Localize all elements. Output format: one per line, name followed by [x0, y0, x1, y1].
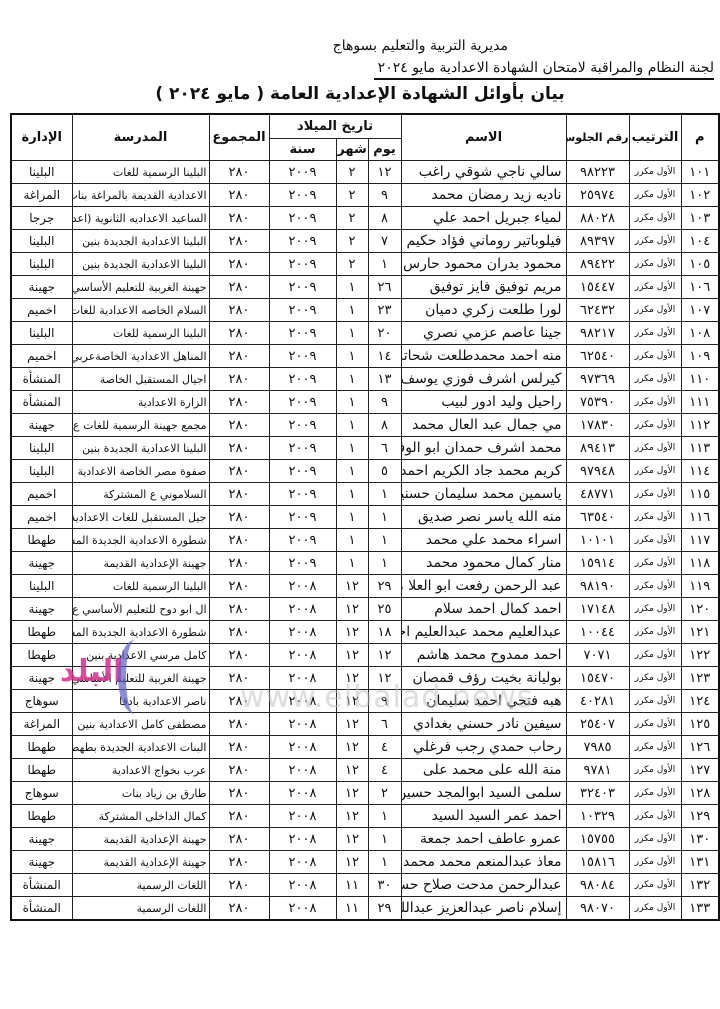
row-index: ١١٩ — [681, 575, 719, 598]
committee-subtitle: لجنة النظام والمراقبة لامتحان الشهادة ال… — [374, 60, 714, 80]
row-birth-month: ١٢ — [336, 667, 368, 690]
row-seat-number: ٣٢٤٠٣ — [566, 782, 629, 805]
row-birth-month: ١ — [336, 483, 368, 506]
row-birth-day: ١ — [368, 828, 401, 851]
row-birth-year: ٢٠٠٨ — [269, 851, 336, 874]
row-birth-day: ٣٠ — [368, 874, 401, 897]
row-total-score: ٢٨٠ — [209, 161, 269, 184]
row-birth-year: ٢٠٠٩ — [269, 161, 336, 184]
row-administration: المنشأة — [11, 391, 72, 414]
row-total-score: ٢٨٠ — [209, 736, 269, 759]
row-index: ١٣٣ — [681, 897, 719, 921]
col-rank-header: الترتيب — [629, 114, 681, 161]
row-birth-month: ١٢ — [336, 759, 368, 782]
row-school: جهينة الإعدادية القديمة — [72, 828, 209, 851]
row-index: ١١٠ — [681, 368, 719, 391]
row-school: كامل مرسي الاعدادية بنين — [72, 644, 209, 667]
row-total-score: ٢٨٠ — [209, 759, 269, 782]
row-school: كمال الداخلى المشتركة — [72, 805, 209, 828]
row-birth-year: ٢٠٠٨ — [269, 598, 336, 621]
row-administration: البلينا — [11, 322, 72, 345]
table-row: ١٢٠الأول مكرر١٧١٤٨احمد كمال احمد سلام٢٥١… — [11, 598, 719, 621]
row-birth-day: ١ — [368, 851, 401, 874]
row-rank: الأول مكرر — [629, 598, 681, 621]
row-seat-number: ١٥٤٧٠ — [566, 667, 629, 690]
row-student-name: فيلوباتير روماني فؤاد حكيم — [401, 230, 566, 253]
row-total-score: ٢٨٠ — [209, 230, 269, 253]
row-birth-day: ٩ — [368, 690, 401, 713]
row-administration: سوهاج — [11, 782, 72, 805]
row-total-score: ٢٨٠ — [209, 667, 269, 690]
row-school: الزارة الاعدادية — [72, 391, 209, 414]
row-school: اللغات الرسمية — [72, 874, 209, 897]
table-row: ١١١الأول مكرر٧٥٣٩٠راحيل وليد ادور لبيب٩١… — [11, 391, 719, 414]
row-total-score: ٢٨٠ — [209, 828, 269, 851]
row-birth-month: ١٢ — [336, 805, 368, 828]
row-school: جهينة الإعدادية القديمة — [72, 851, 209, 874]
row-student-name: محمود بدران محمود حارس — [401, 253, 566, 276]
row-index: ١٠٨ — [681, 322, 719, 345]
row-birth-year: ٢٠٠٩ — [269, 253, 336, 276]
row-rank: الأول مكرر — [629, 736, 681, 759]
table-row: ١٠١الأول مكرر٩٨٢٢٣سالي ناجي شوقي راغب١٢٢… — [11, 161, 719, 184]
row-birth-day: ٤ — [368, 759, 401, 782]
row-student-name: احمد عمر السيد السيد — [401, 805, 566, 828]
table-row: ١١٥الأول مكرر٤٨٧٧١ياسمين محمد سليمان حسن… — [11, 483, 719, 506]
table-row: ١٢٦الأول مكرر٧٩٨٥رحاب حمدي رجب فرغلي٤١٢٢… — [11, 736, 719, 759]
row-school: ال ابو دوح للتعليم الأساسي ع — [72, 598, 209, 621]
row-rank: الأول مكرر — [629, 414, 681, 437]
row-school: جهينة الغربية للتعليم الأساسي ع — [72, 667, 209, 690]
row-rank: الأول مكرر — [629, 253, 681, 276]
row-seat-number: ٩٨٠٨٤ — [566, 874, 629, 897]
row-seat-number: ١٥٨١٦ — [566, 851, 629, 874]
row-birth-month: ١٢ — [336, 713, 368, 736]
row-index: ١٢٧ — [681, 759, 719, 782]
row-total-score: ٢٨٠ — [209, 299, 269, 322]
row-school: السلاموني ع المشتركة — [72, 483, 209, 506]
row-school: البلينا الاعدادية الجديدة بنين — [72, 437, 209, 460]
row-birth-year: ٢٠٠٩ — [269, 368, 336, 391]
row-birth-month: ١ — [336, 276, 368, 299]
row-student-name: لورا طلعت زكري دميان — [401, 299, 566, 322]
row-index: ١٢٩ — [681, 805, 719, 828]
row-rank: الأول مكرر — [629, 552, 681, 575]
row-birth-day: ٢٦ — [368, 276, 401, 299]
row-birth-month: ١ — [336, 391, 368, 414]
row-administration: البلينا — [11, 253, 72, 276]
row-administration: سوهاج — [11, 690, 72, 713]
row-seat-number: ٨٩٤١٣ — [566, 437, 629, 460]
row-seat-number: ٩٨٠٧٠ — [566, 897, 629, 921]
row-student-name: عمرو عاطف احمد جمعة — [401, 828, 566, 851]
row-school: شطورة الاعدادية الجديدة المشتركة — [72, 621, 209, 644]
row-school: اجيال المستقبل الخاصة — [72, 368, 209, 391]
row-student-name: محمد اشرف حمدان ابو الوفا — [401, 437, 566, 460]
row-birth-year: ٢٠٠٩ — [269, 230, 336, 253]
row-total-score: ٢٨٠ — [209, 184, 269, 207]
row-rank: الأول مكرر — [629, 529, 681, 552]
row-school: المناهل الاعدادية الخاصةعربي — [72, 345, 209, 368]
row-birth-month: ١٢ — [336, 782, 368, 805]
row-student-name: اسراء محمد علي محمد — [401, 529, 566, 552]
row-birth-year: ٢٠٠٨ — [269, 575, 336, 598]
table-row: ١١٩الأول مكرر٩٨١٩٠عبد الرحمن رفعت ابو ال… — [11, 575, 719, 598]
row-birth-day: ١ — [368, 529, 401, 552]
row-birth-month: ١١ — [336, 897, 368, 921]
table-row: ١٠٩الأول مكرر٦٢٥٤٠منه احمد محمدطلعت شحات… — [11, 345, 719, 368]
row-birth-month: ١ — [336, 506, 368, 529]
row-school: الساعيد الاعداديه الثانوية (اعدادي) — [72, 207, 209, 230]
row-seat-number: ٦٣٥٤٠ — [566, 506, 629, 529]
row-total-score: ٢٨٠ — [209, 253, 269, 276]
row-total-score: ٢٨٠ — [209, 345, 269, 368]
table-row: ١٢٨الأول مكرر٣٢٤٠٣سلمى السيد ابوالمجد حس… — [11, 782, 719, 805]
row-birth-day: ٧ — [368, 230, 401, 253]
row-birth-month: ١ — [336, 414, 368, 437]
row-administration: جهينة — [11, 667, 72, 690]
row-total-score: ٢٨٠ — [209, 207, 269, 230]
row-student-name: هبه فتحي احمد سليمان — [401, 690, 566, 713]
row-rank: الأول مكرر — [629, 805, 681, 828]
row-index: ١٢٤ — [681, 690, 719, 713]
row-birth-month: ١ — [336, 529, 368, 552]
row-rank: الأول مكرر — [629, 276, 681, 299]
row-birth-month: ١٢ — [336, 621, 368, 644]
row-administration: البلينا — [11, 230, 72, 253]
row-administration: جهينة — [11, 414, 72, 437]
row-birth-year: ٢٠٠٨ — [269, 621, 336, 644]
row-birth-year: ٢٠٠٨ — [269, 897, 336, 921]
page-title: بيان بأوائل الشهادة الإعدادية العامة ( م… — [0, 84, 720, 104]
row-total-score: ٢٨٠ — [209, 621, 269, 644]
row-index: ١٠٥ — [681, 253, 719, 276]
row-seat-number: ٧٠٧١ — [566, 644, 629, 667]
row-administration: اخميم — [11, 345, 72, 368]
row-birth-day: ٦ — [368, 437, 401, 460]
col-month-header: شهر — [336, 139, 368, 161]
row-total-score: ٢٨٠ — [209, 644, 269, 667]
top-students-table: م الترتيب رقم الجلوس الاسم تاريخ الميلاد… — [10, 113, 720, 921]
row-rank: الأول مكرر — [629, 184, 681, 207]
row-student-name: منار كمال محمود محمد — [401, 552, 566, 575]
row-school: مجمع جهينة الرسمية للغات ع — [72, 414, 209, 437]
row-total-score: ٢٨٠ — [209, 483, 269, 506]
row-rank: الأول مكرر — [629, 690, 681, 713]
row-birth-day: ٤ — [368, 736, 401, 759]
row-birth-year: ٢٠٠٩ — [269, 414, 336, 437]
row-birth-day: ١٢ — [368, 644, 401, 667]
row-total-score: ٢٨٠ — [209, 874, 269, 897]
table-row: ١٠٣الأول مكرر٨٨٠٢٨لمياء جبريل احمد علي٨٢… — [11, 207, 719, 230]
row-birth-day: ٢ — [368, 782, 401, 805]
table-row: ١١٠الأول مكرر٩٧٣٦٩كيرلس اشرف فوزي يوسف١٣… — [11, 368, 719, 391]
row-school: البلينا الاعدادية الجديدة بنين — [72, 253, 209, 276]
row-administration: البلينا — [11, 460, 72, 483]
row-administration: المراغة — [11, 184, 72, 207]
row-rank: الأول مكرر — [629, 230, 681, 253]
row-birth-day: ١ — [368, 483, 401, 506]
row-birth-month: ٢ — [336, 184, 368, 207]
table-row: ١٣٢الأول مكرر٩٨٠٨٤عبدالرحمن مدحت صلاح حس… — [11, 874, 719, 897]
row-birth-month: ٢ — [336, 230, 368, 253]
row-seat-number: ١٠٣٢٩ — [566, 805, 629, 828]
table-row: ١٢٣الأول مكرر١٥٤٧٠بوليانة بخيت رؤف قمصان… — [11, 667, 719, 690]
col-admin-header: الإدارة — [11, 114, 72, 161]
row-student-name: بوليانة بخيت رؤف قمصان — [401, 667, 566, 690]
row-seat-number: ٩٨٢٢٣ — [566, 161, 629, 184]
table-row: ١١٤الأول مكرر٩٧٩٤٨كريم محمد جاد الكريم ا… — [11, 460, 719, 483]
row-birth-month: ١٢ — [336, 644, 368, 667]
row-birth-year: ٢٠٠٩ — [269, 529, 336, 552]
row-administration: البلينا — [11, 575, 72, 598]
row-seat-number: ١٥٤٤٧ — [566, 276, 629, 299]
row-rank: الأول مكرر — [629, 874, 681, 897]
row-total-score: ٢٨٠ — [209, 713, 269, 736]
table-row: ١٠٧الأول مكرر٦٢٤٣٢لورا طلعت زكري دميان٢٣… — [11, 299, 719, 322]
row-total-score: ٢٨٠ — [209, 391, 269, 414]
row-administration: جهينة — [11, 552, 72, 575]
row-total-score: ٢٨٠ — [209, 897, 269, 921]
row-school: البلينا الاعدادية الجديدة بنين — [72, 230, 209, 253]
row-seat-number: ٨٩٤٢٢ — [566, 253, 629, 276]
row-school: عرب بخواج الاعدادية — [72, 759, 209, 782]
row-birth-year: ٢٠٠٨ — [269, 713, 336, 736]
row-index: ١٠٩ — [681, 345, 719, 368]
row-school: صفوة مصر الخاصة الاعدادية — [72, 460, 209, 483]
row-student-name: لمياء جبريل احمد علي — [401, 207, 566, 230]
row-birth-day: ٩ — [368, 184, 401, 207]
row-total-score: ٢٨٠ — [209, 437, 269, 460]
row-student-name: إسلام ناصر عبدالعزيز عبدالله — [401, 897, 566, 921]
row-birth-day: ١٣ — [368, 368, 401, 391]
row-seat-number: ٦٢٥٤٠ — [566, 345, 629, 368]
col-birthdate-header: تاريخ الميلاد — [269, 114, 401, 139]
col-school-header: المدرسة — [72, 114, 209, 161]
table-row: ١٣٣الأول مكرر٩٨٠٧٠إسلام ناصر عبدالعزيز ع… — [11, 897, 719, 921]
row-rank: الأول مكرر — [629, 575, 681, 598]
row-index: ١١٣ — [681, 437, 719, 460]
table-row: ١٢٢الأول مكرر٧٠٧١احمد ممدوح محمد هاشم١٢١… — [11, 644, 719, 667]
row-rank: الأول مكرر — [629, 299, 681, 322]
row-seat-number: ١٧٨٣٠ — [566, 414, 629, 437]
row-rank: الأول مكرر — [629, 828, 681, 851]
row-administration: اخميم — [11, 483, 72, 506]
row-index: ١١٦ — [681, 506, 719, 529]
row-index: ١٠٢ — [681, 184, 719, 207]
row-rank: الأول مكرر — [629, 368, 681, 391]
row-birth-day: ١٨ — [368, 621, 401, 644]
row-student-name: كيرلس اشرف فوزي يوسف — [401, 368, 566, 391]
row-seat-number: ٩٧٣٦٩ — [566, 368, 629, 391]
row-index: ١٢٠ — [681, 598, 719, 621]
table-row: ١١٢الأول مكرر١٧٨٣٠مي جمال عبد العال محمد… — [11, 414, 719, 437]
row-birth-day: ٢٥ — [368, 598, 401, 621]
row-index: ١١٢ — [681, 414, 719, 437]
row-index: ١١٨ — [681, 552, 719, 575]
row-birth-year: ٢٠٠٩ — [269, 506, 336, 529]
col-year-header: سنة — [269, 139, 336, 161]
row-birth-day: ٦ — [368, 713, 401, 736]
row-school: جهينة الغربية للتعليم الأساسي ع — [72, 276, 209, 299]
row-rank: الأول مكرر — [629, 207, 681, 230]
col-index-header: م — [681, 114, 719, 161]
row-birth-year: ٢٠٠٩ — [269, 322, 336, 345]
row-birth-year: ٢٠٠٩ — [269, 207, 336, 230]
row-rank: الأول مكرر — [629, 897, 681, 921]
row-administration: جهينة — [11, 598, 72, 621]
row-school: السلام الخاصه الاعدادية للغات عربي — [72, 299, 209, 322]
table-row: ١٣١الأول مكرر١٥٨١٦معاذ عبدالمنعم محمد مح… — [11, 851, 719, 874]
row-birth-year: ٢٠٠٩ — [269, 552, 336, 575]
row-rank: الأول مكرر — [629, 460, 681, 483]
table-row: ١٠٥الأول مكرر٨٩٤٢٢محمود بدران محمود حارس… — [11, 253, 719, 276]
row-birth-year: ٢٠٠٨ — [269, 667, 336, 690]
row-seat-number: ٦٢٤٣٢ — [566, 299, 629, 322]
row-birth-day: ١٢ — [368, 161, 401, 184]
row-rank: الأول مكرر — [629, 667, 681, 690]
row-total-score: ٢٨٠ — [209, 368, 269, 391]
row-birth-year: ٢٠٠٩ — [269, 437, 336, 460]
row-birth-month: ١ — [336, 345, 368, 368]
row-student-name: مريم توفيق فايز توفيق — [401, 276, 566, 299]
table-row: ١١٨الأول مكرر١٥٩١٤منار كمال محمود محمد١١… — [11, 552, 719, 575]
row-index: ١٠٦ — [681, 276, 719, 299]
row-birth-year: ٢٠٠٨ — [269, 736, 336, 759]
row-birth-month: ١ — [336, 368, 368, 391]
row-index: ١٢٣ — [681, 667, 719, 690]
row-administration: البلينا — [11, 161, 72, 184]
row-school: طارق بن زياد بنات — [72, 782, 209, 805]
row-birth-day: ١ — [368, 552, 401, 575]
row-administration: جرجا — [11, 207, 72, 230]
row-seat-number: ٨٨٠٢٨ — [566, 207, 629, 230]
row-birth-year: ٢٠٠٨ — [269, 805, 336, 828]
row-administration: المنشأة — [11, 368, 72, 391]
row-birth-year: ٢٠٠٩ — [269, 276, 336, 299]
row-birth-month: ١٢ — [336, 736, 368, 759]
row-birth-year: ٢٠٠٨ — [269, 782, 336, 805]
row-birth-day: ١ — [368, 506, 401, 529]
row-birth-day: ١ — [368, 805, 401, 828]
row-birth-year: ٢٠٠٨ — [269, 828, 336, 851]
row-student-name: احمد ممدوح محمد هاشم — [401, 644, 566, 667]
row-birth-month: ١٢ — [336, 575, 368, 598]
row-seat-number: ٩٨١٩٠ — [566, 575, 629, 598]
row-administration: طهطا — [11, 529, 72, 552]
row-index: ١٣٠ — [681, 828, 719, 851]
col-seat-header: رقم الجلوس — [566, 114, 629, 161]
row-birth-month: ١٢ — [336, 598, 368, 621]
row-school: الاعدادية القديمة بالمراغة بنات — [72, 184, 209, 207]
row-administration: طهطا — [11, 736, 72, 759]
row-seat-number: ٧٩٨٥ — [566, 736, 629, 759]
row-birth-month: ١ — [336, 299, 368, 322]
row-administration: طهطا — [11, 644, 72, 667]
row-rank: الأول مكرر — [629, 621, 681, 644]
row-rank: الأول مكرر — [629, 782, 681, 805]
row-total-score: ٢٨٠ — [209, 598, 269, 621]
directorate-title: مديرية التربية والتعليم بسوهاج — [333, 38, 508, 54]
row-rank: الأول مكرر — [629, 483, 681, 506]
row-birth-month: ١٢ — [336, 690, 368, 713]
col-name-header: الاسم — [401, 114, 566, 161]
row-index: ١٠٤ — [681, 230, 719, 253]
row-rank: الأول مكرر — [629, 437, 681, 460]
row-student-name: احمد كمال احمد سلام — [401, 598, 566, 621]
row-school: اللغات الرسمية — [72, 897, 209, 921]
row-seat-number: ١٥٧٥٥ — [566, 828, 629, 851]
row-index: ١٠١ — [681, 161, 719, 184]
row-birth-day: ٥ — [368, 460, 401, 483]
row-school: البلينا الرسمية للغات — [72, 161, 209, 184]
row-seat-number: ٩٧٨١ — [566, 759, 629, 782]
row-total-score: ٢٨٠ — [209, 506, 269, 529]
row-administration: المنشأة — [11, 897, 72, 921]
row-rank: الأول مكرر — [629, 322, 681, 345]
row-school: البنات الاعدادية الجديدة بطهطا — [72, 736, 209, 759]
row-rank: الأول مكرر — [629, 851, 681, 874]
row-student-name: راحيل وليد ادور لبيب — [401, 391, 566, 414]
row-total-score: ٢٨٠ — [209, 529, 269, 552]
row-birth-year: ٢٠٠٩ — [269, 460, 336, 483]
row-student-name: منه الله ياسر نصر صديق — [401, 506, 566, 529]
row-index: ١٠٧ — [681, 299, 719, 322]
table-row: ١١٣الأول مكرر٨٩٤١٣محمد اشرف حمدان ابو ال… — [11, 437, 719, 460]
row-birth-day: ٨ — [368, 207, 401, 230]
row-seat-number: ١٥٩١٤ — [566, 552, 629, 575]
row-student-name: معاذ عبدالمنعم محمد محمد — [401, 851, 566, 874]
row-student-name: جينا عاصم عزمي نصري — [401, 322, 566, 345]
row-total-score: ٢٨٠ — [209, 414, 269, 437]
row-total-score: ٢٨٠ — [209, 690, 269, 713]
row-student-name: سالي ناجي شوقي راغب — [401, 161, 566, 184]
row-rank: الأول مكرر — [629, 506, 681, 529]
table-row: ١١٦الأول مكرر٦٣٥٤٠منه الله ياسر نصر صديق… — [11, 506, 719, 529]
row-student-name: عبدالعليم محمد عبدالعليم احمد — [401, 621, 566, 644]
row-index: ١٢٢ — [681, 644, 719, 667]
row-birth-month: ١ — [336, 460, 368, 483]
row-seat-number: ٤٠٢٨١ — [566, 690, 629, 713]
row-rank: الأول مكرر — [629, 759, 681, 782]
table-row: ١٠٢الأول مكرر٢٥٩٧٤ناديه زيد رمضان محمد٩٢… — [11, 184, 719, 207]
row-index: ١١٥ — [681, 483, 719, 506]
row-birth-day: ١٢ — [368, 667, 401, 690]
row-rank: الأول مكرر — [629, 345, 681, 368]
row-rank: الأول مكرر — [629, 391, 681, 414]
row-seat-number: ١٠١٠١ — [566, 529, 629, 552]
col-total-header: المجموع — [209, 114, 269, 161]
row-index: ١٣٢ — [681, 874, 719, 897]
row-birth-year: ٢٠٠٨ — [269, 644, 336, 667]
row-student-name: منه احمد محمدطلعت شحاته — [401, 345, 566, 368]
row-administration: طهطا — [11, 759, 72, 782]
row-birth-year: ٢٠٠٩ — [269, 483, 336, 506]
row-student-name: ناديه زيد رمضان محمد — [401, 184, 566, 207]
row-student-name: مي جمال عبد العال محمد — [401, 414, 566, 437]
row-student-name: عبد الرحمن رفعت ابو العلا مرسي — [401, 575, 566, 598]
row-seat-number: ١٧١٤٨ — [566, 598, 629, 621]
row-index: ١٣١ — [681, 851, 719, 874]
row-seat-number: ٩٨٢١٧ — [566, 322, 629, 345]
row-index: ١٢٨ — [681, 782, 719, 805]
row-birth-day: ١٤ — [368, 345, 401, 368]
row-total-score: ٢٨٠ — [209, 805, 269, 828]
row-administration: جهينة — [11, 828, 72, 851]
row-birth-year: ٢٠٠٨ — [269, 759, 336, 782]
table-row: ١٠٦الأول مكرر١٥٤٤٧مريم توفيق فايز توفيق٢… — [11, 276, 719, 299]
table-row: ١٠٤الأول مكرر٨٩٣٩٧فيلوباتير روماني فؤاد … — [11, 230, 719, 253]
